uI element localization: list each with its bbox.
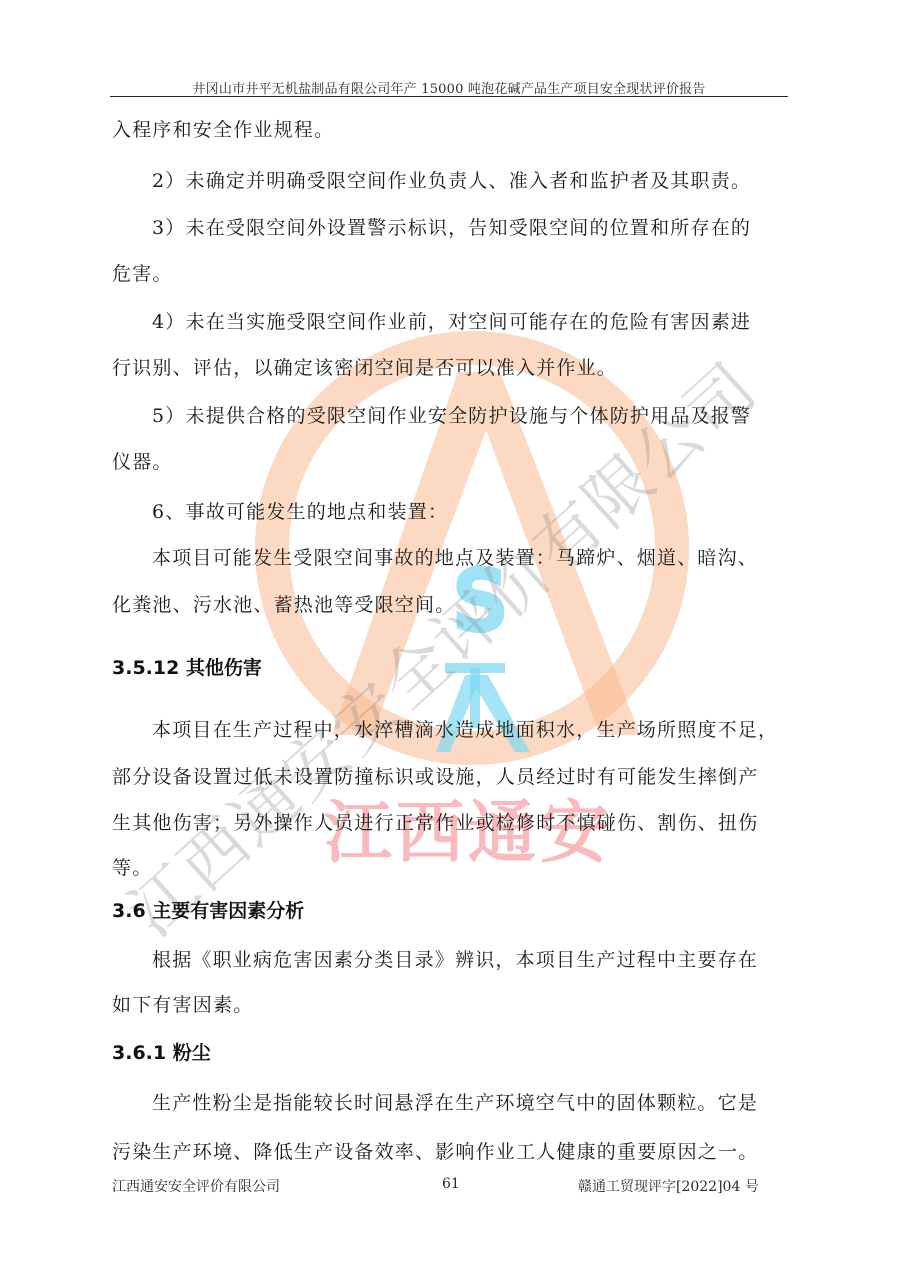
paragraph-line: 化粪池、污水池、蓄热池等受限空间。 [112, 593, 792, 617]
paragraph-line: 污染生产环境、降低生产设备效率、影响作业工人健康的重要原因之一。 [112, 1140, 792, 1164]
header-divider [110, 96, 788, 97]
paragraph-line: 生其他伤害；另外操作人员进行正常作业或检修时不慎碰伤、割伤、扭伤 [112, 811, 792, 835]
footer-company: 江西通安安全评价有限公司 [112, 1176, 280, 1196]
section-heading-3-6: 3.6 主要有害因素分析 [112, 899, 304, 923]
paragraph-line: 本项目可能发生受限空间事故的地点及装置：马蹄炉、烟道、暗沟、 [152, 546, 832, 570]
section-heading-3-5-12: 3.5.12 其他伤害 [112, 656, 262, 680]
paragraph-line: 入程序和安全作业规程。 [112, 118, 792, 142]
paragraph-line: 3）未在受限空间外设置警示标识，告知受限空间的位置和所存在的 [152, 216, 832, 240]
paragraph-line: 等。 [112, 856, 792, 880]
document-page: S 江西通安 江西通安安全评价有限公司 井冈山市井平无机盐制品有限公司年产 15… [0, 0, 900, 1272]
paragraph-line: 行识别、评估，以确定该密闭空间是否可以准入并作业。 [112, 356, 792, 380]
paragraph-line: 仪器。 [112, 450, 792, 474]
paragraph-line: 危害。 [112, 262, 792, 286]
paragraph-line: 根据《职业病危害因素分类目录》辨识，本项目生产过程中主要存在 [152, 948, 832, 972]
footer-page-number: 61 [442, 1176, 460, 1192]
paragraph-line: 生产性粉尘是指能较长时间悬浮在生产环境空气中的固体颗粒。它是 [152, 1091, 832, 1115]
footer-doc-number: 赣通工贸现评字[2022]04 号 [578, 1176, 759, 1196]
running-header: 井冈山市井平无机盐制品有限公司年产 15000 吨泡花碱产品生产项目安全现状评价… [110, 78, 788, 97]
section-heading-3-6-1: 3.6.1 粉尘 [112, 1041, 211, 1065]
paragraph-line: 5）未提供合格的受限空间作业安全防护设施与个体防护用品及报警 [152, 404, 832, 428]
paragraph-line: 如下有害因素。 [112, 993, 792, 1017]
paragraph-line: 4）未在当实施受限空间作业前，对空间可能存在的危险有害因素进 [152, 310, 832, 334]
paragraph-line: 6、事故可能发生的地点和装置： [152, 500, 832, 524]
paragraph-line: 部分设备设置过低未设置防撞标识或设施，人员经过时有可能发生摔倒产 [112, 765, 792, 789]
paragraph-line: 本项目在生产过程中，水淬槽滴水造成地面积水，生产场所照度不足， [152, 718, 832, 742]
page-content: 井冈山市井平无机盐制品有限公司年产 15000 吨泡花碱产品生产项目安全现状评价… [0, 0, 900, 1272]
paragraph-line: 2）未确定并明确受限空间作业负责人、准入者和监护者及其职责。 [152, 169, 832, 193]
